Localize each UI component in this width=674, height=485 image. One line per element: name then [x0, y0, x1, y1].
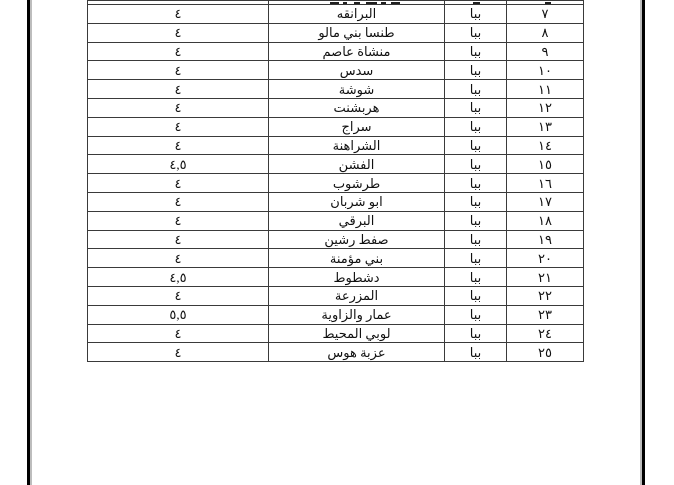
village-name-cell: دشطوط [269, 268, 445, 287]
district-cell: ببا [445, 23, 507, 42]
row-number-cell: ٩ [507, 42, 584, 61]
table-row: ١٨بباالبرقي٤ [88, 211, 584, 230]
value-cell: ٤ [88, 80, 269, 99]
row-number-cell: ٢٠ [507, 249, 584, 268]
table-row: ٢١ببادشطوط٤,٥ [88, 268, 584, 287]
village-name-cell: البرقي [269, 211, 445, 230]
district-cell: ببا [445, 230, 507, 249]
value-cell: ٤ [88, 42, 269, 61]
village-name-cell: البرانقه [269, 5, 445, 24]
district-cell: ببا [445, 324, 507, 343]
village-name-cell: المزرعة [269, 286, 445, 305]
table-row: ١٣بباسراج٤ [88, 117, 584, 136]
row-number-cell: ١٩ [507, 230, 584, 249]
table-row: ١٧بباابو شربان٤ [88, 192, 584, 211]
village-name-cell: عمار والزاوية [269, 305, 445, 324]
table-body: ٧بباالبرانقه٤٨بباطنسا بني مالو٤٩ببامنشاة… [88, 1, 584, 362]
table-row: ٢٣بباعمار والزاوية٥,٥ [88, 305, 584, 324]
value-cell [88, 1, 269, 5]
table-row: ١٢بباهربشنت٤ [88, 98, 584, 117]
district-cell: ببا [445, 42, 507, 61]
clipped-row [88, 1, 584, 5]
value-cell: ٤ [88, 286, 269, 305]
row-number-cell [507, 1, 584, 5]
district-cell: ببا [445, 211, 507, 230]
village-name-cell: منشاة عاصم [269, 42, 445, 61]
row-number-cell: ١٦ [507, 174, 584, 193]
district-cell: ببا [445, 155, 507, 174]
table-row: ١٤بباالشراهنة٤ [88, 136, 584, 155]
district-cell: ببا [445, 305, 507, 324]
page-frame-right-line [642, 0, 645, 485]
row-number-cell: ٢١ [507, 268, 584, 287]
table-row: ١٦بباطرشوب٤ [88, 174, 584, 193]
village-name-cell: هربشنت [269, 98, 445, 117]
village-name-cell: صفط رشين [269, 230, 445, 249]
row-number-cell: ١٨ [507, 211, 584, 230]
district-cell: ببا [445, 192, 507, 211]
value-cell: ٤ [88, 230, 269, 249]
village-name-cell: ابو شربان [269, 192, 445, 211]
district-cell: ببا [445, 98, 507, 117]
village-name-cell: سدس [269, 61, 445, 80]
table-row: ٢٠ببابني مؤمنة٤ [88, 249, 584, 268]
village-name-cell: طنسا بني مالو [269, 23, 445, 42]
village-name-cell [269, 1, 445, 5]
value-cell: ٤ [88, 61, 269, 80]
village-name-cell: الشراهنة [269, 136, 445, 155]
table-row: ٩ببامنشاة عاصم٤ [88, 42, 584, 61]
village-name-cell: طرشوب [269, 174, 445, 193]
value-cell: ٥,٥ [88, 305, 269, 324]
district-cell: ببا [445, 174, 507, 193]
row-number-cell: ١٢ [507, 98, 584, 117]
row-number-cell: ١٧ [507, 192, 584, 211]
village-name-cell: شوشة [269, 80, 445, 99]
row-number-cell: ١١ [507, 80, 584, 99]
table-row: ٢٥بباعزبة هوس٤ [88, 343, 584, 362]
district-cell: ببا [445, 268, 507, 287]
value-cell: ٤ [88, 211, 269, 230]
district-cell: ببا [445, 136, 507, 155]
district-cell: ببا [445, 117, 507, 136]
district-cell [445, 1, 507, 5]
value-cell: ٤ [88, 343, 269, 362]
row-number-cell: ١٥ [507, 155, 584, 174]
row-number-cell: ٢٥ [507, 343, 584, 362]
value-cell: ٤,٥ [88, 268, 269, 287]
village-name-cell: الفشن [269, 155, 445, 174]
district-cell: ببا [445, 286, 507, 305]
table-row: ١٥بباالفشن٤,٥ [88, 155, 584, 174]
value-cell: ٤ [88, 5, 269, 24]
district-cell: ببا [445, 343, 507, 362]
value-cell: ٤ [88, 174, 269, 193]
village-name-cell: لوبي المحيط [269, 324, 445, 343]
table-row: ١٩بباصفط رشين٤ [88, 230, 584, 249]
value-cell: ٤ [88, 324, 269, 343]
district-cell: ببا [445, 80, 507, 99]
value-cell: ٤ [88, 192, 269, 211]
value-cell: ٤ [88, 136, 269, 155]
row-number-cell: ٢٤ [507, 324, 584, 343]
value-cell: ٤ [88, 98, 269, 117]
village-name-cell: عزبة هوس [269, 343, 445, 362]
table-row: ٧بباالبرانقه٤ [88, 5, 584, 24]
row-number-cell: ١٠ [507, 61, 584, 80]
value-cell: ٤,٥ [88, 155, 269, 174]
village-name-cell: بني مؤمنة [269, 249, 445, 268]
row-number-cell: ٧ [507, 5, 584, 24]
value-cell: ٤ [88, 23, 269, 42]
district-cell: ببا [445, 5, 507, 24]
row-number-cell: ١٣ [507, 117, 584, 136]
value-cell: ٤ [88, 117, 269, 136]
row-number-cell: ٢٢ [507, 286, 584, 305]
villages-table: ٧بباالبرانقه٤٨بباطنسا بني مالو٤٩ببامنشاة… [87, 0, 584, 362]
table-row: ٢٢بباالمزرعة٤ [88, 286, 584, 305]
value-cell: ٤ [88, 249, 269, 268]
table-row: ١٠بباسدس٤ [88, 61, 584, 80]
row-number-cell: ٨ [507, 23, 584, 42]
page-frame-left-line [27, 0, 30, 485]
table-row: ٢٤ببالوبي المحيط٤ [88, 324, 584, 343]
district-cell: ببا [445, 61, 507, 80]
table-row: ٨بباطنسا بني مالو٤ [88, 23, 584, 42]
table-row: ١١بباشوشة٤ [88, 80, 584, 99]
row-number-cell: ١٤ [507, 136, 584, 155]
row-number-cell: ٢٣ [507, 305, 584, 324]
district-cell: ببا [445, 249, 507, 268]
scanned-document-page: { "document": { "language": "ar", "direc… [0, 0, 674, 485]
village-name-cell: سراج [269, 117, 445, 136]
